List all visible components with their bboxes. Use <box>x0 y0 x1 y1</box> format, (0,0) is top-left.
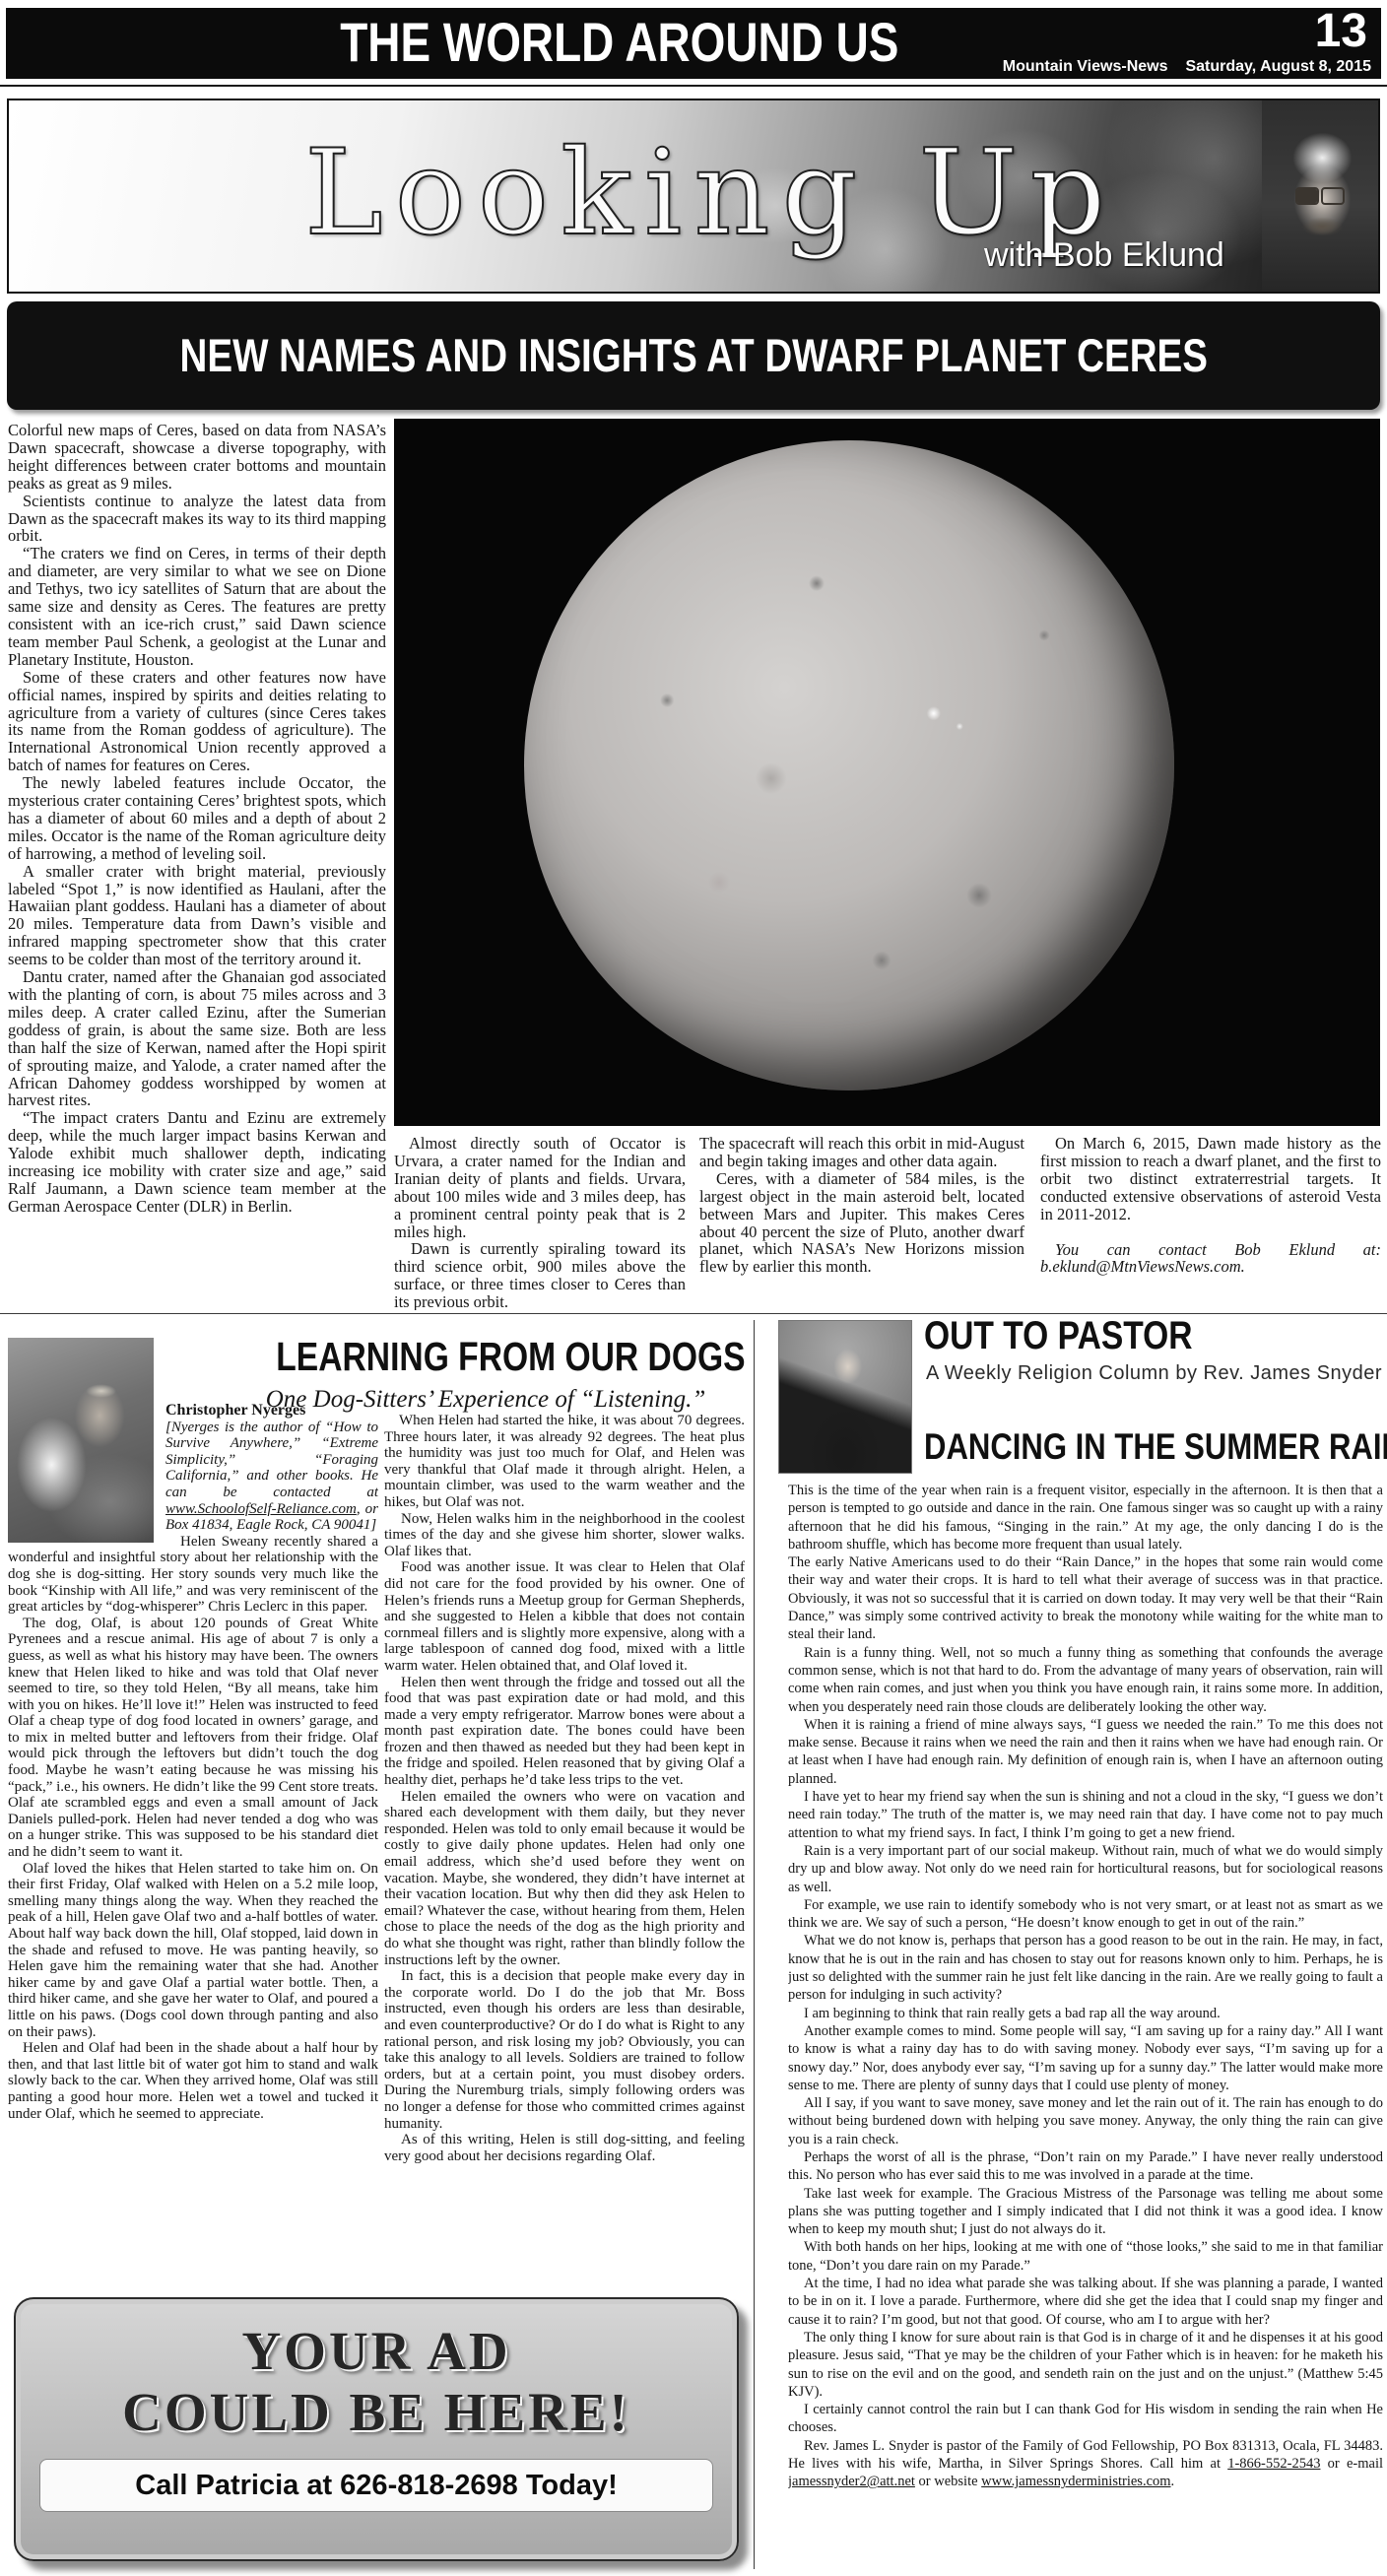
masthead-bar: THE WORLD AROUND US 13 Mountain Views-Ne… <box>6 8 1381 79</box>
paragraph: Almost directly south of Occator is Urva… <box>394 1135 686 1240</box>
dogs-article-text-2: When Helen had started the hike, it was … <box>384 1413 745 2164</box>
paragraph: Dawn is currently spiraling toward its t… <box>394 1240 686 1310</box>
dogs-article-column-2: When Helen had started the hike, it was … <box>384 1332 745 2283</box>
ceres-sphere-image <box>524 440 1174 1090</box>
ceres-caption-3: On March 6, 2015, Dawn made history as t… <box>1040 1135 1381 1223</box>
contact-text: or e-mail <box>1320 2456 1383 2472</box>
pastor-website-link[interactable]: www.jamessnyderministries.com <box>981 2474 1170 2489</box>
glasses-icon <box>1295 187 1319 205</box>
paragraph: Rain is a very important part of our soc… <box>788 1842 1383 1896</box>
ceres-caption-1: Almost directly south of Occator is Urva… <box>394 1135 686 1310</box>
page-number: 13 <box>1315 8 1367 55</box>
pastor-column-subtitle: A Weekly Religion Column by Rev. James S… <box>926 1362 1383 1385</box>
pastor-article-headline: DANCING IN THE SUMMER RAIN <box>924 1426 1383 1468</box>
paragraph: This is the time of the year when rain i… <box>788 1482 1383 1553</box>
ceres-article-column-2: Almost directly south of Occator is Urva… <box>394 1135 686 1310</box>
paragraph: I am beginning to think that rain really… <box>788 2005 1383 2022</box>
paragraph: The dog, Olaf, is about 120 pounds of Gr… <box>8 1616 378 1861</box>
paragraph: As of this writing, Helen is still dog-s… <box>384 2132 745 2164</box>
paragraph: “The impact craters Dantu and Ezinu are … <box>8 1109 386 1215</box>
column-byline: with Bob Eklund <box>984 236 1224 275</box>
ceres-article-column-3: The spacecraft will reach this orbit in … <box>699 1135 1024 1310</box>
pastor-article-body: This is the time of the year when rain i… <box>788 1482 1383 2571</box>
paragraph: The early Native Americans used to do th… <box>788 1553 1383 1643</box>
paragraph: In fact, this is a decision that people … <box>384 1968 745 2132</box>
section-title-text: THE WORLD AROUND US <box>340 10 898 74</box>
dateline: Mountain Views-NewsSaturday, August 8, 2… <box>985 58 1371 76</box>
paragraph: The only thing I know for sure about rai… <box>788 2329 1383 2401</box>
paragraph: Food was another issue. It was clear to … <box>384 1559 745 1674</box>
paragraph: Colorful new maps of Ceres, based on dat… <box>8 422 386 493</box>
paragraph: Scientists continue to analyze the lates… <box>8 493 386 546</box>
looking-up-banner: Looking Up with Bob Eklund <box>7 99 1380 294</box>
paragraph: Rain is a funny thing. Well, not so much… <box>788 1644 1383 1716</box>
paragraph: I have yet to hear my friend say when th… <box>788 1788 1383 1842</box>
paragraph: I certainly cannot control the rain but … <box>788 2401 1383 2437</box>
paragraph: Helen Sweany recently shared a wonderful… <box>8 1534 378 1616</box>
paragraph: On March 6, 2015, Dawn made history as t… <box>1040 1135 1381 1223</box>
dogs-article-text-1: Helen Sweany recently shared a wonderful… <box>8 1534 378 2122</box>
pastor-column-title: OUT TO PASTOR <box>924 1314 1383 1358</box>
article-headline: NEW NAMES AND INSIGHTS AT DWARF PLANET C… <box>179 301 1207 410</box>
pastor-email-link[interactable]: jamessnyder2@att.net <box>788 2474 915 2489</box>
bob-eklund-photo <box>1262 100 1378 292</box>
ceres-article-text: Colorful new maps of Ceres, based on dat… <box>8 422 386 1216</box>
paragraph: Take last week for example. The Gracious… <box>788 2185 1383 2239</box>
paragraph: At the time, I had no idea what parade s… <box>788 2275 1383 2329</box>
ad-phone-line: Call Patricia at 626-818-2698 Today! <box>39 2459 713 2512</box>
eklund-contact-note: You can contact Bob Eklund at: b.eklund@… <box>1040 1241 1381 1277</box>
paragraph: Olaf loved the hikes that Helen started … <box>8 1861 378 2041</box>
paragraph: When it is raining a friend of mine alwa… <box>788 1716 1383 1788</box>
paragraph: Some of these craters and other features… <box>8 669 386 774</box>
pastor-column-header: OUT TO PASTOR A Weekly Religion Column b… <box>924 1314 1383 1385</box>
paragraph: For example, we use rain to identify som… <box>788 1896 1383 1933</box>
pastor-phone-link[interactable]: 1-866-552-2543 <box>1227 2456 1320 2472</box>
newspaper-page: THE WORLD AROUND US 13 Mountain Views-Ne… <box>0 0 1387 2576</box>
article-headline-bar: NEW NAMES AND INSIGHTS AT DWARF PLANET C… <box>7 301 1380 410</box>
paragraph: Ceres, with a diameter of 584 miles, is … <box>699 1170 1024 1276</box>
paragraph: Perhaps the worst of all is the phrase, … <box>788 2148 1383 2185</box>
masthead-rule <box>0 85 1387 87</box>
ceres-article-column-1: Colorful new maps of Ceres, based on dat… <box>8 422 386 1310</box>
paragraph: The newly labeled features include Occat… <box>8 774 386 863</box>
paragraph: What we do not know is, perhaps that per… <box>788 1932 1383 2004</box>
pastor-article-text: This is the time of the year when rain i… <box>788 1482 1383 2437</box>
paragraph: “The craters we find on Ceres, in terms … <box>8 545 386 668</box>
james-snyder-photo <box>778 1320 912 1474</box>
paragraph: Helen and Olaf had been in the shade abo… <box>8 2040 378 2122</box>
paragraph: The spacecraft will reach this orbit in … <box>699 1135 1024 1170</box>
pastor-contact-line: Rev. James L. Snyder is pastor of the Fa… <box>788 2437 1383 2491</box>
issue-date: Saturday, August 8, 2015 <box>1185 58 1371 75</box>
ceres-article-column-4: On March 6, 2015, Dawn made history as t… <box>1040 1135 1381 1310</box>
ad-line-1: YOUR AD <box>16 2321 737 2382</box>
ad-line-2: COULD BE HERE! <box>16 2382 737 2443</box>
paragraph: A smaller crater with bright material, p… <box>8 863 386 968</box>
paragraph: Helen then went through the fridge and t… <box>384 1675 745 1789</box>
contact-text: or website <box>915 2474 981 2489</box>
paragraph: Dantu crater, named after the Ghanaian g… <box>8 968 386 1109</box>
section-divider-vertical <box>754 1320 755 2569</box>
paragraph: All I say, if you want to save money, sa… <box>788 2094 1383 2148</box>
paragraph: When Helen had started the hike, it was … <box>384 1413 745 1511</box>
paragraph: Helen emailed the owners who were on vac… <box>384 1789 745 1969</box>
paragraph: Another example comes to mind. Some peop… <box>788 2022 1383 2094</box>
dogs-article-column-1: Christopher Nyerges [Nyerges is the auth… <box>8 1332 378 2283</box>
ceres-caption-2: The spacecraft will reach this orbit in … <box>699 1135 1024 1276</box>
paper-name: Mountain Views-News <box>1003 58 1168 75</box>
contact-text: . <box>1171 2474 1175 2489</box>
bio-text: [Nyerges is the author of “How to Surviv… <box>165 1420 378 1500</box>
author-website-link[interactable]: www.SchoolofSelf-Reliance.com <box>165 1501 357 1517</box>
paragraph: With both hands on her hips, looking at … <box>788 2238 1383 2275</box>
house-ad[interactable]: YOUR AD COULD BE HERE! Call Patricia at … <box>14 2297 739 2561</box>
ceres-photo <box>394 419 1380 1126</box>
paragraph: Now, Helen walks him in the neighborhood… <box>384 1511 745 1560</box>
christopher-nyerges-photo <box>8 1338 154 1543</box>
